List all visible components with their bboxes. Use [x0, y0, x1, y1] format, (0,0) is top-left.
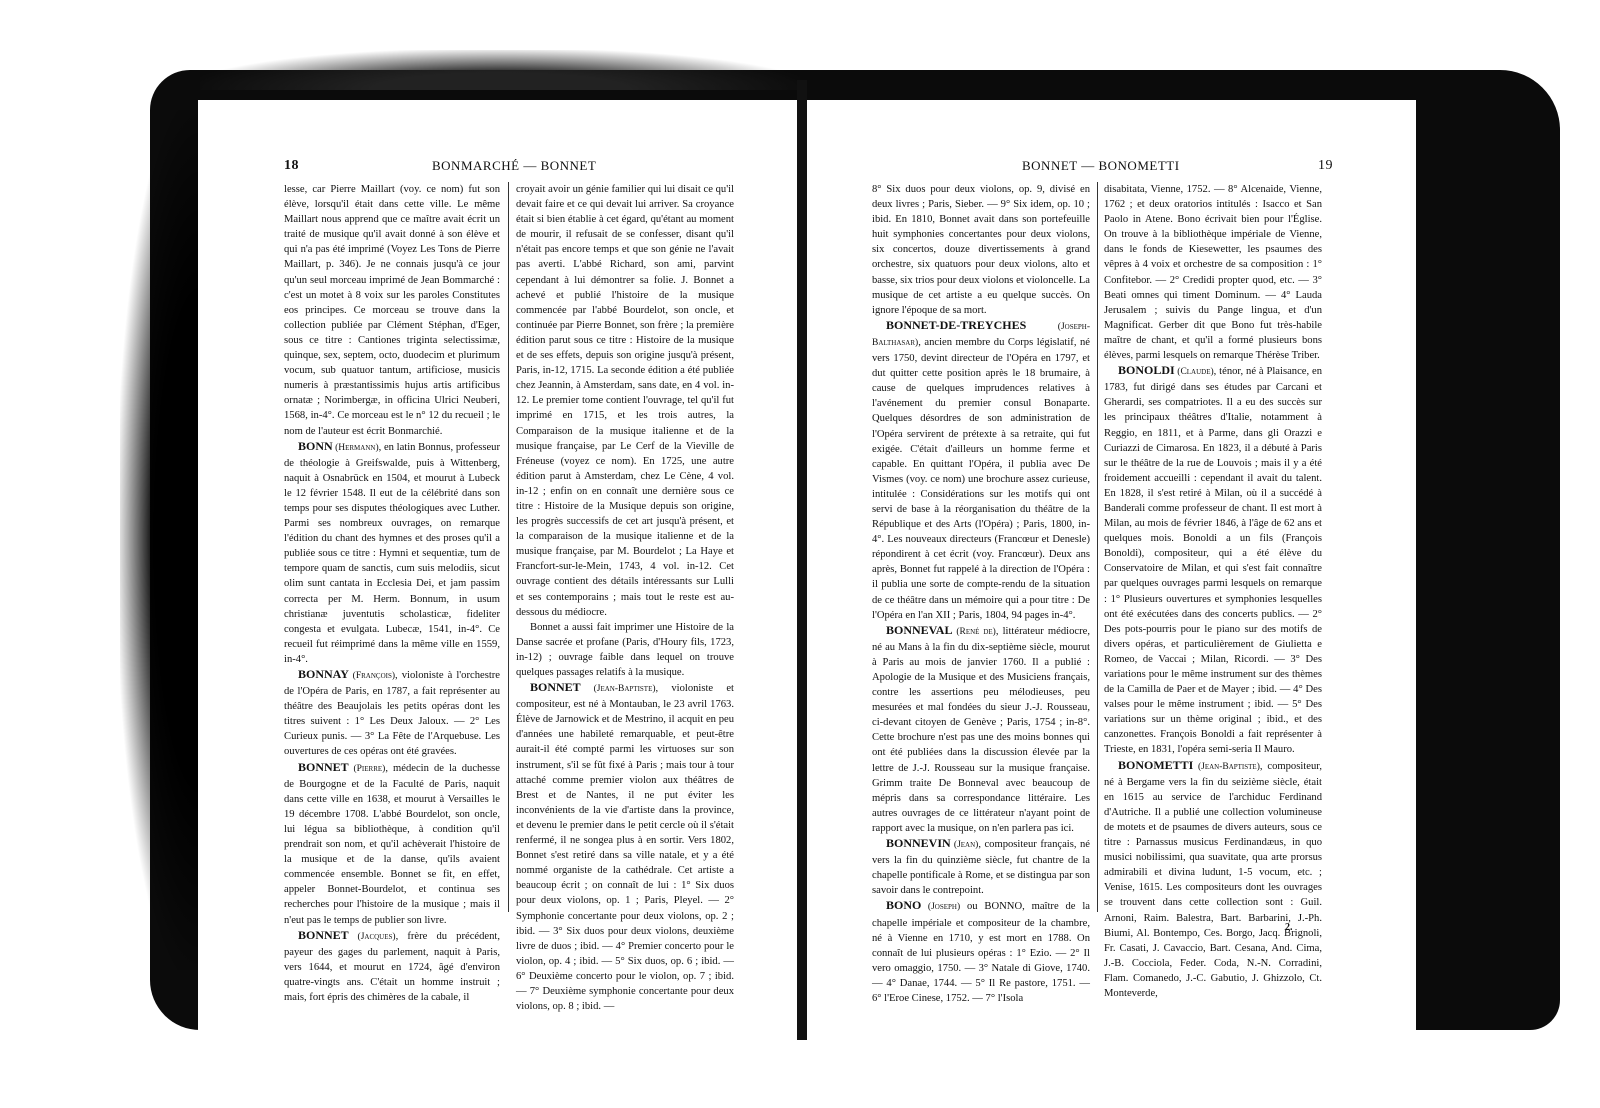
- entry-headword: BONNET: [530, 680, 581, 694]
- dictionary-entry: BONNAY (François), violoniste à l'orches…: [284, 667, 500, 760]
- entry-headword: BONNET-DE-TREYCHES: [886, 318, 1026, 332]
- entry-headword: BONOLDI: [1118, 363, 1175, 377]
- left-page-column-1: lesse, car Pierre Maillart (voy. ce nom)…: [284, 182, 500, 1005]
- scan-edge-noise: [120, 110, 200, 970]
- dictionary-entry: BONNET (Pierre), médecin de la duchesse …: [284, 760, 500, 928]
- entry-text: , compositeur, né à Bergame vers la fin …: [1104, 761, 1322, 999]
- entry-qualifier: (Jacques): [349, 932, 396, 942]
- entry-qualifier: (Pierre): [349, 764, 386, 774]
- left-page-column-2: croyait avoir un génie familier qui lui …: [516, 182, 734, 1014]
- column-rule: [1097, 182, 1098, 912]
- dictionary-entry: BONN (Hermann), en latin Bonnus, profess…: [284, 439, 500, 667]
- page-number-left: 18: [284, 158, 299, 174]
- dictionary-entry: BONOMETTI (Jean-Baptiste), compositeur, …: [1104, 758, 1322, 1002]
- column-rule: [508, 182, 509, 912]
- dictionary-entry: BONNEVAL (René de), littérateur médiocre…: [872, 623, 1090, 836]
- running-head-right: BONNET — BONOMETTI: [1022, 158, 1180, 174]
- entry-qualifier: (Hermann): [333, 443, 379, 453]
- dictionary-entry: BONOLDI (Claude), ténor, né à Plaisance,…: [1104, 363, 1322, 757]
- running-head-left: BONMARCHÉ — BONNET: [432, 158, 596, 174]
- entry-qualifier: (Joseph): [921, 902, 960, 912]
- entry-text: croyait avoir un génie familier qui lui …: [516, 184, 734, 618]
- entry-qualifier: (Claude): [1175, 367, 1214, 377]
- dictionary-entry: BONNET (Jacques), frère du précédent, pa…: [284, 928, 500, 1005]
- entry-text: , littérateur médiocre, né au Mans à la …: [872, 626, 1090, 834]
- entry-text: ou BONNO, maître de la chapelle impérial…: [872, 901, 1090, 1004]
- entry-text: , ténor, né à Plaisance, en 1783, fut di…: [1104, 366, 1322, 755]
- entry-headword: BONNAY: [298, 667, 349, 681]
- paragraph: 8° Six duos pour deux violons, op. 9, di…: [872, 182, 1090, 318]
- entry-qualifier: (Jean-Baptiste): [1193, 762, 1260, 772]
- entry-headword: BONOMETTI: [1118, 758, 1193, 772]
- entry-headword: BONNEVIN: [886, 836, 951, 850]
- right-page-column-1: 8° Six duos pour deux violons, op. 9, di…: [872, 182, 1090, 1006]
- entry-text: 8° Six duos pour deux violons, op. 9, di…: [872, 184, 1090, 316]
- entry-qualifier: (Jean-Baptiste): [581, 684, 656, 694]
- entry-text: Bonnet a aussi fait imprimer une Histoir…: [516, 622, 734, 678]
- paragraph: croyait avoir un génie familier qui lui …: [516, 182, 734, 620]
- dictionary-entry: BONNEVIN (Jean), compositeur français, n…: [872, 836, 1090, 898]
- paragraph: disabitata, Vienne, 1752. — 8° Alcenaide…: [1104, 182, 1322, 363]
- entry-text: , violoniste à l'orchestre de l'Opéra de…: [284, 670, 500, 757]
- paragraph: Bonnet a aussi fait imprimer une Histoir…: [516, 620, 734, 680]
- entry-qualifier: (François): [349, 671, 395, 681]
- book-gutter: [797, 80, 807, 1040]
- entry-qualifier: (René de): [952, 627, 995, 637]
- scan-edge-noise-top: [200, 50, 800, 90]
- entry-headword: BONO: [886, 898, 921, 912]
- entry-headword: BONNEVAL: [886, 623, 952, 637]
- page-number-right: 19: [1318, 158, 1333, 174]
- entry-qualifier: (Jean): [951, 840, 979, 850]
- entry-text: lesse, car Pierre Maillart (voy. ce nom)…: [284, 184, 500, 437]
- entry-text: , en latin Bonnus, professeur de théolog…: [284, 442, 500, 665]
- entry-headword: BONNET: [298, 928, 349, 942]
- dictionary-entry: BONNET (Jean-Baptiste), violoniste et co…: [516, 680, 734, 1014]
- paragraph: lesse, car Pierre Maillart (voy. ce nom)…: [284, 182, 500, 439]
- entry-text: , violoniste et compositeur, est né à Mo…: [516, 683, 734, 1012]
- dictionary-entry: BONO (Joseph) ou BONNO, maître de la cha…: [872, 898, 1090, 1006]
- entry-text: , médecin de la duchesse de Bourgogne et…: [284, 763, 500, 926]
- dictionary-entry: BONNET-DE-TREYCHES (Joseph-Balthasar), a…: [872, 318, 1090, 623]
- right-page-column-2: disabitata, Vienne, 1752. — 8° Alcenaide…: [1104, 182, 1322, 1001]
- entry-text: , ancien membre du Corps législatif, né …: [872, 337, 1090, 621]
- entry-text: disabitata, Vienne, 1752. — 8° Alcenaide…: [1104, 184, 1322, 361]
- entry-headword: BONNET: [298, 760, 349, 774]
- entry-headword: BONN: [298, 439, 333, 453]
- signature-mark: 2.: [1285, 922, 1293, 933]
